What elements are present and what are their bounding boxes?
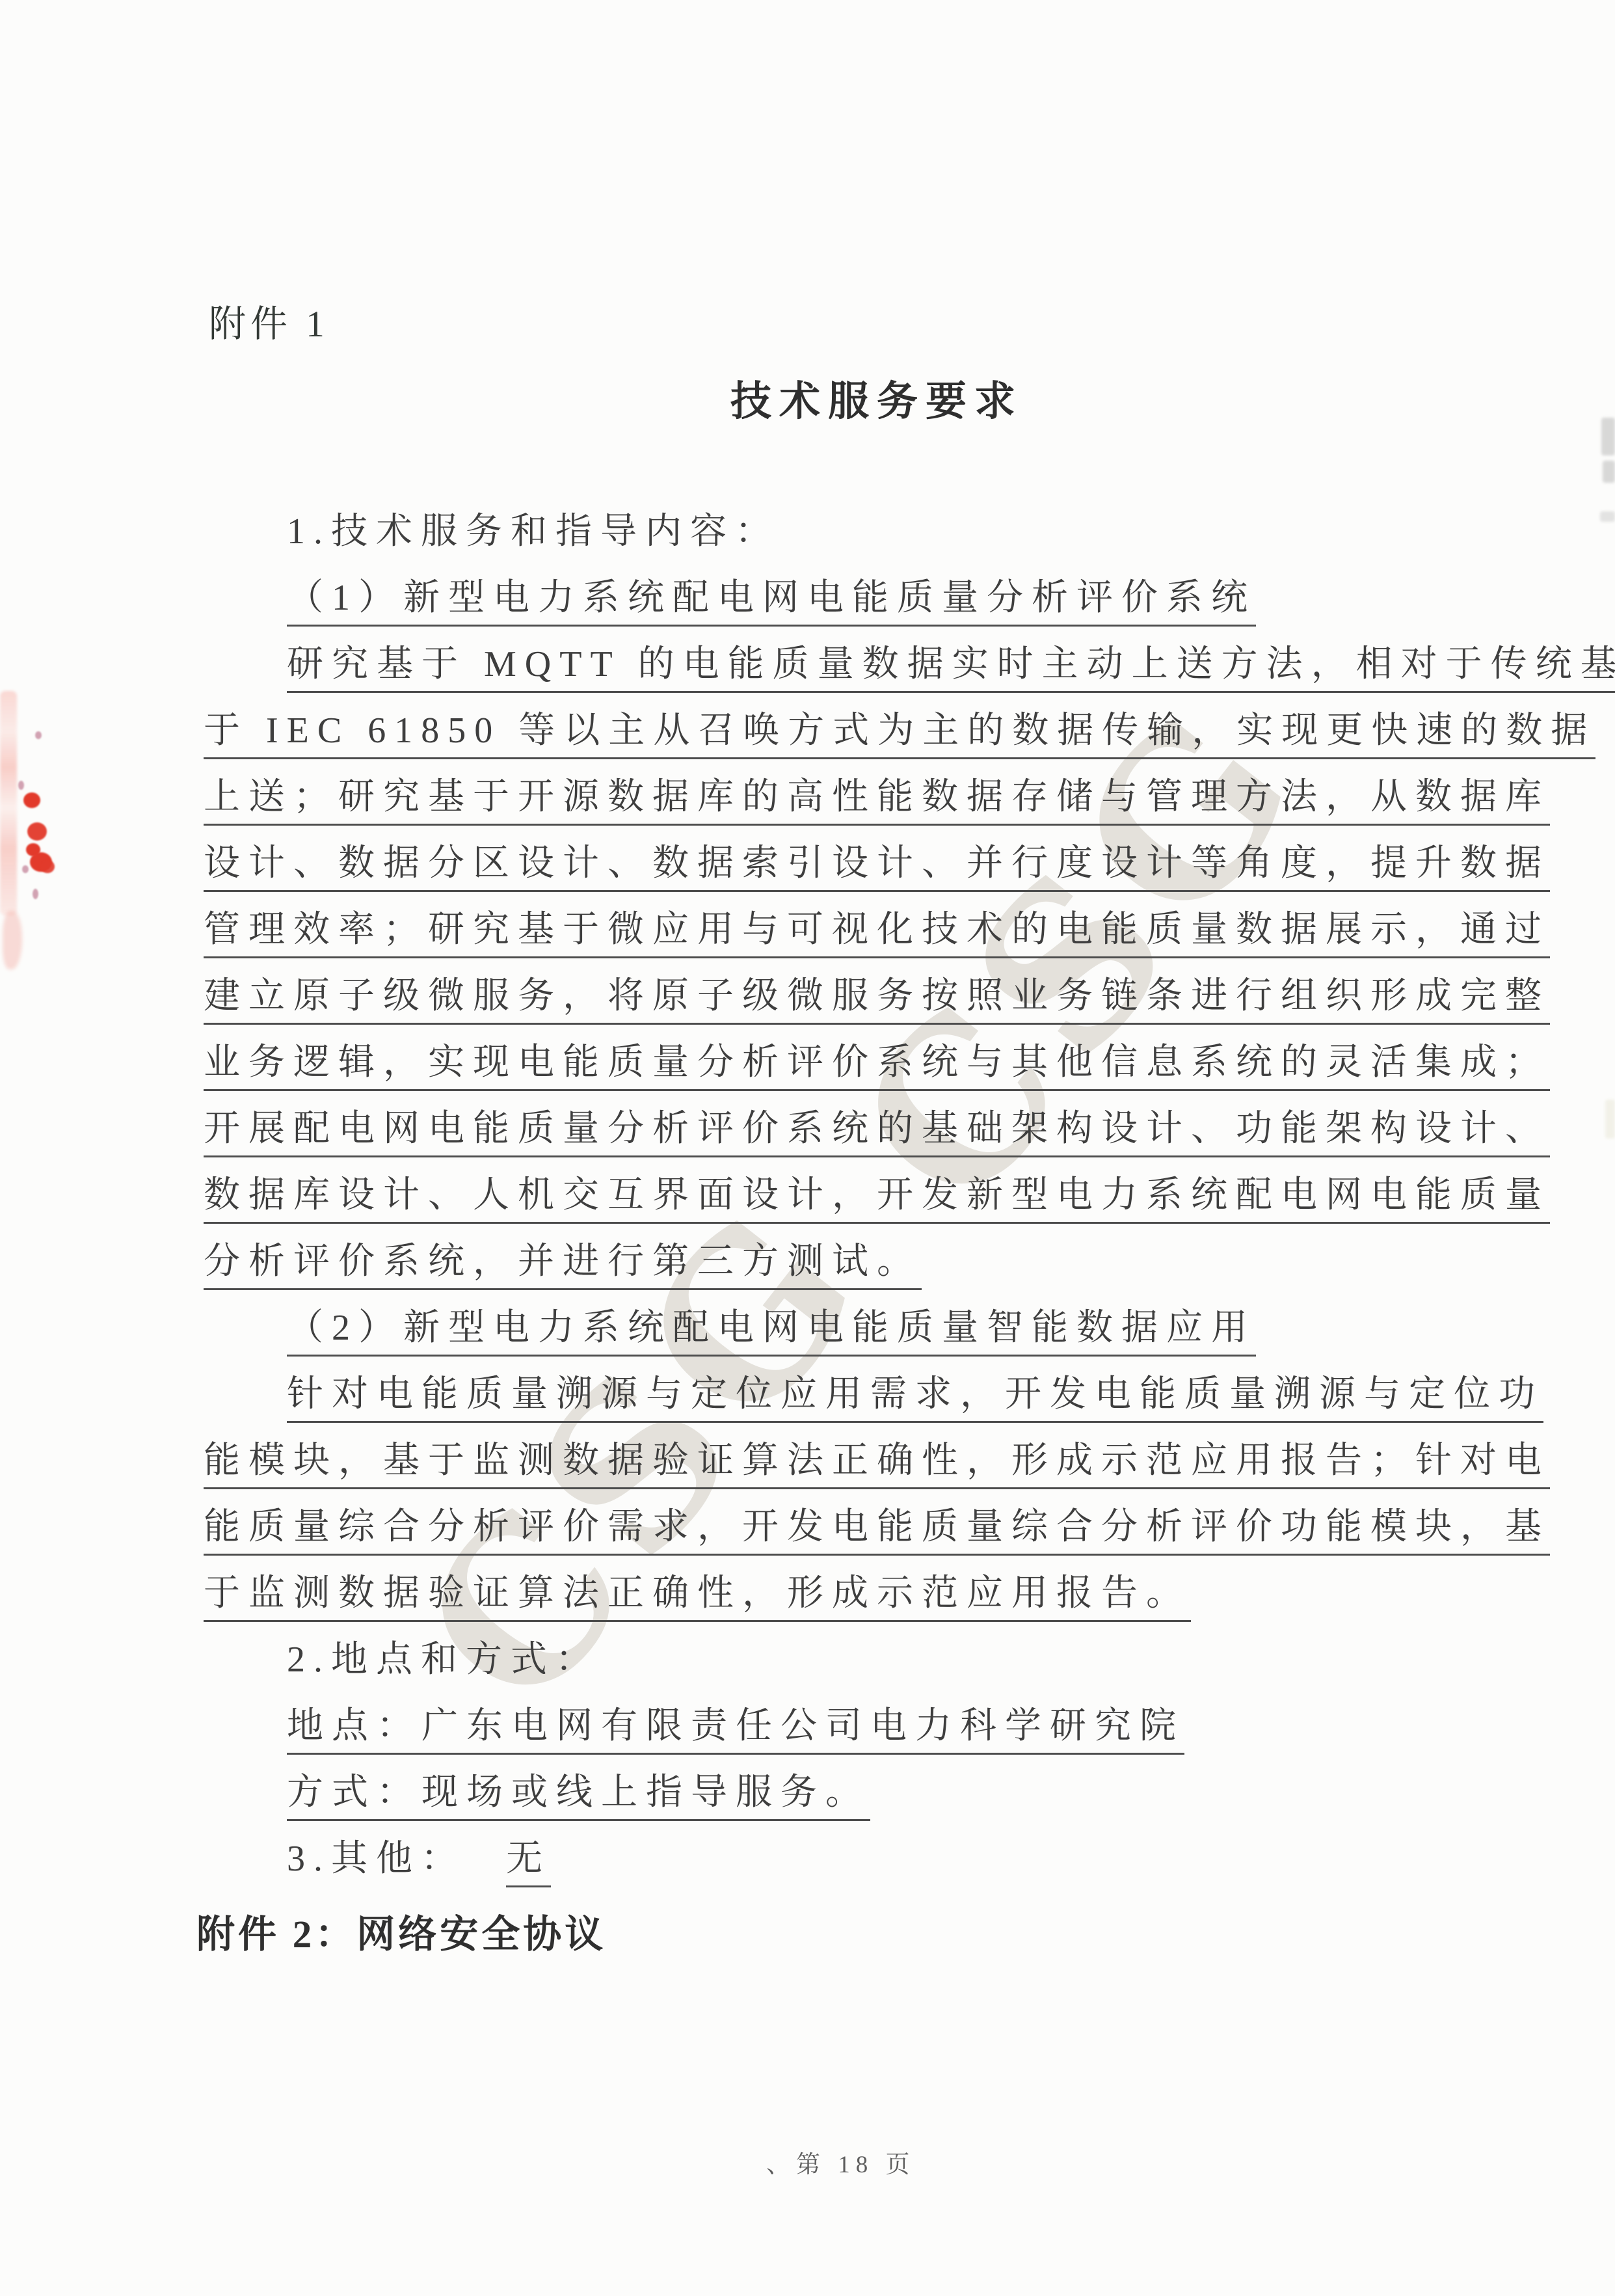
- text-line: 设计、数据分区设计、数据索引设计、并行度设计等角度，提升数据: [204, 843, 1446, 909]
- text-segment: 2.地点和方式：: [287, 1639, 600, 1686]
- text-line: 数据库设计、人机交互界面设计，开发新型电力系统配电网电能质量: [204, 1174, 1446, 1241]
- text-line: 建立原子级微服务，将原子级微服务按照业务链条进行组织形成完整: [204, 975, 1446, 1042]
- attachment-1-label: 附件 1: [209, 294, 329, 347]
- text-line: 管理效率；研究基于微应用与可视化技术的电能质量数据展示，通过: [204, 909, 1446, 975]
- red-stain-dot: [18, 781, 24, 790]
- red-stain-dot: [33, 889, 38, 899]
- text-line: 能质量综合分析评价需求，开发电能质量综合分析评价功能模块，基: [204, 1506, 1446, 1573]
- text-segment: 无: [506, 1838, 551, 1887]
- text-segment: 1.技术服务和指导内容：: [287, 511, 780, 558]
- red-stain-dot: [22, 865, 29, 873]
- text-segment: 于监测数据验证算法正确性，形成示范应用报告。: [204, 1573, 1191, 1622]
- text-line: 针对电能质量溯源与定位应用需求，开发电能质量溯源与定位功: [204, 1373, 1446, 1440]
- red-stain-dot: [35, 731, 42, 739]
- text-line: 业务逻辑，实现电能质量分析评价系统与其他信息系统的灵活集成；: [204, 1042, 1446, 1108]
- text-segment: 开展配电网电能质量分析评价系统的基础架构设计、功能架构设计、: [204, 1108, 1550, 1157]
- text-line: 1.技术服务和指导内容：: [204, 511, 1446, 577]
- text-segment: （2）新型电力系统配电网电能质量智能数据应用: [287, 1307, 1256, 1357]
- scanned-document-page: CSG CSG 附件 1 技术服务要求 1.技术服务和指导内容：（1）新型电力系…: [0, 0, 1615, 2296]
- red-stain-streak: [0, 691, 17, 915]
- scan-smudge: [1605, 1100, 1615, 1139]
- text-line: 分析评价系统，并进行第三方测试。: [204, 1241, 1446, 1307]
- document-body: 1.技术服务和指导内容：（1）新型电力系统配电网电能质量分析评价系统研究基于 M…: [204, 511, 1446, 1904]
- text-line: 于 IEC 61850 等以主从召唤方式为主的数据传输，实现更快速的数据: [204, 710, 1446, 776]
- text-segment: 地点：广东电网有限责任公司电力科学研究院: [287, 1705, 1184, 1755]
- text-line: 研究基于 MQTT 的电能质量数据实时主动上送方法，相对于传统基: [204, 643, 1446, 710]
- text-segment: 针对电能质量溯源与定位应用需求，开发电能质量溯源与定位功: [287, 1373, 1543, 1423]
- text-line: （2）新型电力系统配电网电能质量智能数据应用: [204, 1307, 1446, 1373]
- text-segment: 设计、数据分区设计、数据索引设计、并行度设计等角度，提升数据: [204, 843, 1550, 892]
- scan-smudge: [1601, 418, 1615, 455]
- scan-smudge: [1603, 461, 1615, 483]
- red-stain-streak: [3, 911, 22, 969]
- text-line: 方式：现场或线上指导服务。: [204, 1772, 1446, 1838]
- text-segment: 数据库设计、人机交互界面设计，开发新型电力系统配电网电能质量: [204, 1174, 1550, 1224]
- red-stain-dot: [40, 860, 55, 873]
- text-segment: 能质量综合分析评价需求，开发电能质量综合分析评价功能模块，基: [204, 1506, 1550, 1556]
- attachment-2-heading: 附件 2：网络安全协议: [196, 1903, 606, 1958]
- page-number-footer: 、第 18 页: [766, 2144, 916, 2180]
- text-line: 3.其他：无: [204, 1838, 1446, 1904]
- text-line: 地点：广东电网有限责任公司电力科学研究院: [204, 1705, 1446, 1772]
- text-line: 2.地点和方式：: [204, 1639, 1446, 1705]
- text-segment: 3.其他：: [287, 1838, 466, 1885]
- text-line: 能模块，基于监测数据验证算法正确性，形成示范应用报告；针对电: [204, 1440, 1446, 1506]
- scan-smudge: [1600, 511, 1615, 522]
- text-line: （1）新型电力系统配电网电能质量分析评价系统: [204, 577, 1446, 643]
- text-segment: 分析评价系统，并进行第三方测试。: [204, 1241, 922, 1290]
- text-segment: （1）新型电力系统配电网电能质量分析评价系统: [287, 577, 1256, 627]
- text-segment: 上送；研究基于开源数据库的高性能数据存储与管理方法，从数据库: [204, 776, 1550, 826]
- red-stain-dot: [27, 822, 47, 841]
- text-line: 上送；研究基于开源数据库的高性能数据存储与管理方法，从数据库: [204, 776, 1446, 843]
- text-segment: 管理效率；研究基于微应用与可视化技术的电能质量数据展示，通过: [204, 909, 1550, 958]
- text-segment: 能模块，基于监测数据验证算法正确性，形成示范应用报告；针对电: [204, 1440, 1550, 1489]
- text-segment: 方式：现场或线上指导服务。: [287, 1772, 870, 1821]
- text-line: 于监测数据验证算法正确性，形成示范应用报告。: [204, 1573, 1446, 1639]
- page-title: 技术服务要求: [730, 368, 1023, 427]
- text-line: 开展配电网电能质量分析评价系统的基础架构设计、功能架构设计、: [204, 1108, 1446, 1174]
- text-segment: 研究基于 MQTT 的电能质量数据实时主动上送方法，相对于传统基: [287, 643, 1615, 693]
- red-stain-dot: [23, 792, 40, 808]
- text-segment: 建立原子级微服务，将原子级微服务按照业务链条进行组织形成完整: [204, 975, 1550, 1025]
- text-segment: 于 IEC 61850 等以主从召唤方式为主的数据传输，实现更快速的数据: [204, 710, 1595, 759]
- text-segment: 业务逻辑，实现电能质量分析评价系统与其他信息系统的灵活集成；: [204, 1042, 1550, 1091]
